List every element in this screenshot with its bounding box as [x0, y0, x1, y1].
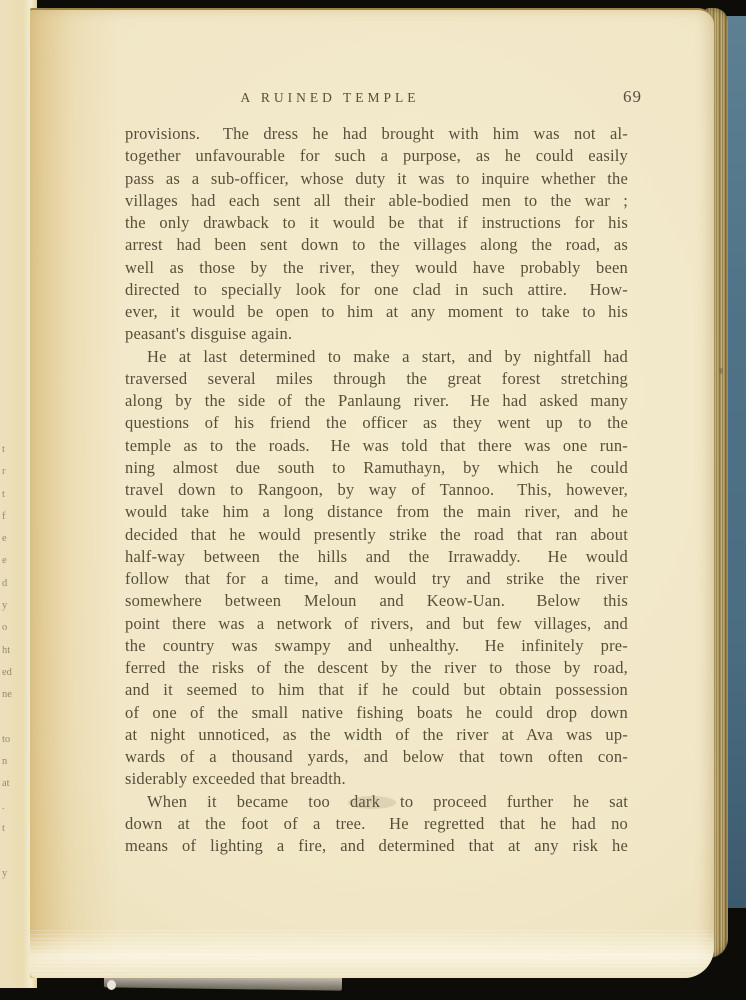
- ghost-text-fragment: t: [2, 444, 20, 466]
- facing-page-text-fragments: trtfeedyohtednetonat.ty: [2, 444, 20, 890]
- scan-smudge: [348, 796, 396, 809]
- text-line: of one of the small native fishing boats…: [125, 702, 628, 724]
- book-scan: trtfeedyohtednetonat.ty A RUINED TEMPLE …: [0, 0, 746, 1000]
- text-line: ever, it would be open to him at any mom…: [125, 301, 628, 323]
- text-line: along by the side of the Panlaung river.…: [125, 390, 628, 412]
- text-line: questions of his friend the officer as t…: [125, 412, 628, 434]
- page-number: 69: [623, 87, 642, 107]
- text-line: the country was swampy and unhealthy. He…: [125, 635, 628, 657]
- ghost-text-fragment: e: [2, 533, 20, 555]
- ghost-text-fragment: t: [2, 489, 20, 511]
- text-block: provisions. The dress he had brought wit…: [125, 123, 628, 857]
- text-line: the only drawback to it would be that if…: [125, 212, 628, 234]
- ghost-text-fragment: ed: [2, 667, 20, 689]
- ghost-text-fragment: t: [2, 823, 20, 845]
- text-line: down at the foot of a tree. He regretted…: [125, 813, 628, 835]
- book-page: A RUINED TEMPLE 69 provisions. The dress…: [30, 8, 714, 978]
- ghost-text-fragment: n: [2, 756, 20, 778]
- ghost-text-fragment: ne: [2, 689, 20, 711]
- text-line: directed to specially look for one clad …: [125, 279, 628, 301]
- text-line: provisions. The dress he had brought wit…: [125, 123, 628, 145]
- ghost-text-fragment: ht: [2, 645, 20, 667]
- text-line: at night unnoticed, as the width of the …: [125, 724, 628, 746]
- page-bottom-edge: [30, 930, 714, 978]
- running-head: A RUINED TEMPLE 69: [30, 90, 714, 110]
- text-line: villages had each sent all their able-bo…: [125, 190, 628, 212]
- ghost-text-fragment: y: [2, 868, 20, 890]
- text-line: arrest had been sent down to the village…: [125, 234, 628, 256]
- gutter-shadow: [30, 10, 120, 978]
- text-line: decided that he would presently strike t…: [125, 524, 628, 546]
- text-line: ning almost due south to Ramuthayn, by w…: [125, 457, 628, 479]
- text-line: He at last determined to make a start, a…: [125, 346, 628, 368]
- text-line: and it seemed to him that if he could bu…: [125, 679, 628, 701]
- text-line: would take him a long distance from the …: [125, 501, 628, 523]
- scan-artifact-speck: [107, 980, 116, 990]
- ghost-text-fragment: o: [2, 622, 20, 644]
- text-line: peasant's disguise again.: [125, 323, 628, 345]
- running-header-title: A RUINED TEMPLE: [240, 90, 419, 106]
- text-line: traversed several miles through the grea…: [125, 368, 628, 390]
- ghost-text-fragment: .: [2, 801, 20, 823]
- ghost-text-fragment: y: [2, 600, 20, 622]
- ghost-text-fragment: d: [2, 578, 20, 600]
- ghost-text-fragment: at: [2, 778, 20, 800]
- ghost-text-fragment: [2, 845, 20, 867]
- text-line: point there was a network of rivers, and…: [125, 613, 628, 635]
- ghost-text-fragment: to: [2, 734, 20, 756]
- text-line: siderably exceeded that breadth.: [125, 768, 628, 790]
- text-line: means of lighting a fire, and determined…: [125, 835, 628, 857]
- ghost-text-fragment: f: [2, 511, 20, 533]
- text-line: somewhere between Meloun and Keow-Uan. B…: [125, 590, 628, 612]
- text-line: ferred the risks of the descent by the r…: [125, 657, 628, 679]
- text-line: well as those by the river, they would h…: [125, 257, 628, 279]
- text-line: wards of a thousand yards, and below tha…: [125, 746, 628, 768]
- ghost-text-fragment: [2, 712, 20, 734]
- ghost-text-fragment: r: [2, 466, 20, 488]
- text-line: half-way between the hills and the Irraw…: [125, 546, 628, 568]
- text-line: follow that for a time, and would try an…: [125, 568, 628, 590]
- text-line: travel down to Rangoon, by way of Tannoo…: [125, 479, 628, 501]
- ghost-text-fragment: e: [2, 555, 20, 577]
- text-line: pass as a sub-officer, whose duty it was…: [125, 168, 628, 190]
- scan-artifact-speck: [719, 368, 723, 374]
- text-line: temple as to the roads. He was told that…: [125, 435, 628, 457]
- text-line: together unfavourable for such a purpose…: [125, 145, 628, 167]
